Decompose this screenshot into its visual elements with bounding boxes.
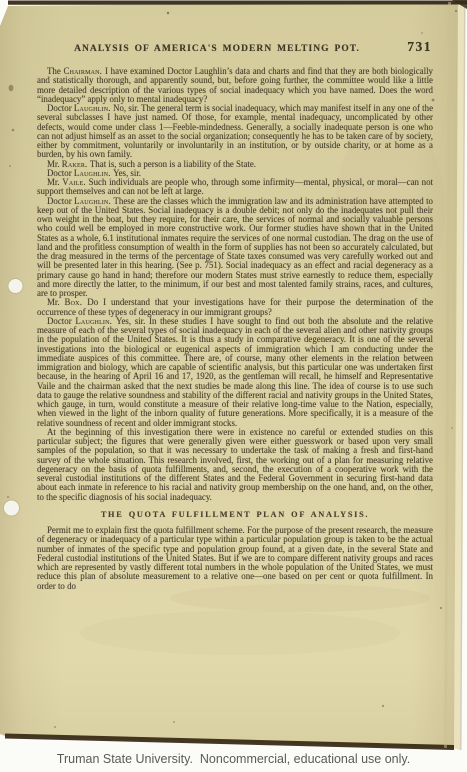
paragraph-text: Do I understand that your investigations… [37, 297, 433, 316]
paragraph-text: These are the classes which the immigrat… [37, 196, 433, 299]
scanned-page: ANALYSIS OF AMERICA'S MODERN MELTING POT… [0, 0, 467, 772]
footer-credit: Truman State University. Noncommercial, … [57, 752, 410, 766]
page-header-title: ANALYSIS OF AMERICA'S MODERN MELTING POT… [37, 44, 397, 54]
paragraph-text: Such individuals are people who, through… [37, 177, 433, 196]
paragraph-text: No, sir. The general term is social inad… [37, 103, 433, 159]
paragraph: The Chairman. I have examined Doctor Lau… [37, 67, 433, 104]
paragraph: Mr. Box. Do I understand that your inves… [37, 298, 433, 317]
footer-strip: Truman State University. Noncommercial, … [0, 750, 467, 772]
paragraph: At the beginning of this investigation t… [37, 428, 433, 502]
page-number: 731 [407, 39, 432, 55]
page-body: The Chairman. I have examined Doctor Lau… [37, 67, 433, 591]
paragraph: Permit me to explain first the quota ful… [37, 526, 433, 591]
section-heading: THE QUOTA FULFILLMENT PLAN OF ANALYSIS. [37, 510, 433, 519]
paragraph-text: Permit me to explain first the quota ful… [37, 525, 433, 591]
paragraph: Doctor Laughlin. No, sir. The general te… [37, 104, 433, 160]
paragraph: Mr. Vaile. Such individuals are people w… [37, 178, 433, 197]
paragraph-text: Yes, sir. In these studies I have sought… [37, 316, 433, 428]
scan-viewport: { "colors": { "paper": "#dbd2a5", "ink":… [0, 0, 467, 772]
running-header: ANALYSIS OF AMERICA'S MODERN MELTING POT… [37, 41, 433, 57]
paragraph: Doctor Laughlin. Yes, sir. In these stud… [37, 317, 433, 428]
paragraph: Doctor Laughlin. These are the classes w… [37, 197, 433, 299]
paragraph-text: At the beginning of this investigation t… [37, 427, 433, 502]
